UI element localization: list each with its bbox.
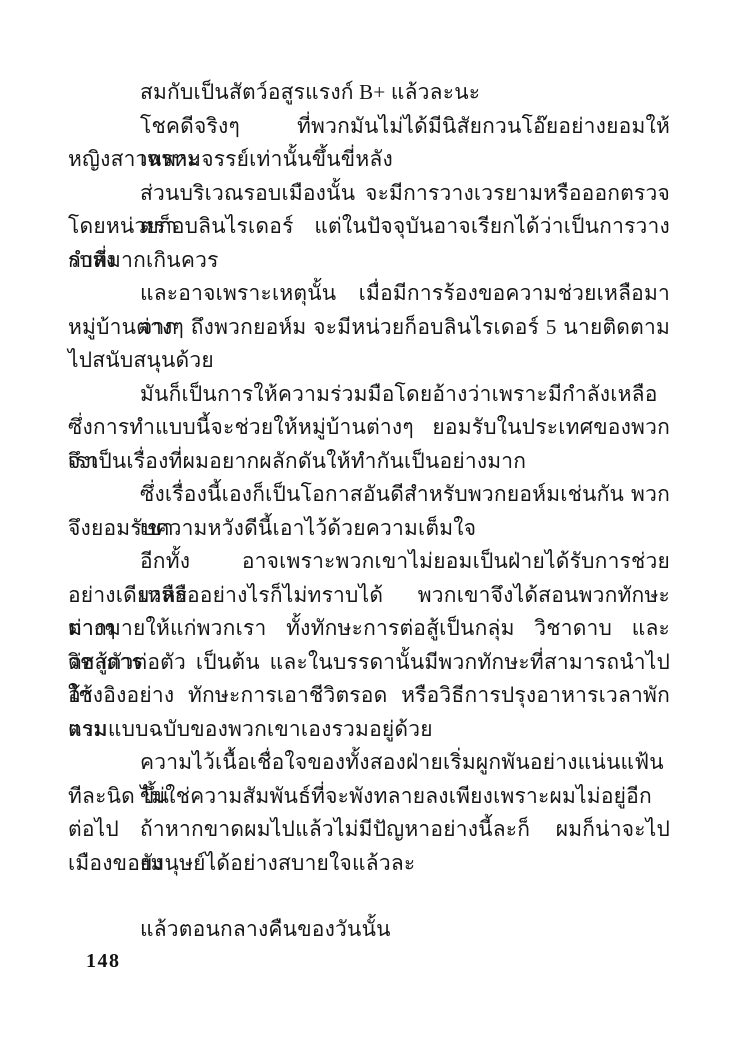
text-line: อ้างอิงอย่าง ทักษะการเอาชีวิตรอด หรือวิธ…: [68, 679, 670, 713]
text-line: โชคดีจริงๆ ที่พวกมันไม่ได้มีนิสัยกวนโอ๊ย…: [68, 110, 670, 144]
text-line: ไปสนับสนุนด้วย: [68, 344, 670, 378]
paragraph: สมกับเป็นสัตว์อสูรแรงก์ B+ แล้วละนะ: [68, 76, 670, 110]
text-line: จึงเป็นเรื่องที่ผมอยากผลักดันให้ทำกันเป็…: [68, 445, 670, 479]
text-line: สมกับเป็นสัตว์อสูรแรงก์ B+ แล้วละนะ: [68, 76, 670, 110]
paragraph: มันก็เป็นการให้ความร่วมมือโดยอ้างว่าเพรา…: [68, 378, 670, 479]
text-line: โดยหน่วยก็อบลินไรเดอร์ แต่ในปัจจุบันอาจเ…: [68, 210, 670, 244]
text-line: แล้วตอนกลางคืนของวันนั้น: [68, 913, 670, 947]
text-line: ตามแบบฉบับของพวกเขาเองรวมอยู่ด้วย: [68, 713, 670, 747]
paragraph: ความไว้เนื้อเชื่อใจของทั้งสองฝ่ายเริ่มผู…: [68, 746, 670, 813]
text-line: มันก็เป็นการให้ความร่วมมือโดยอ้างว่าเพรา…: [68, 378, 670, 412]
text-line: และอาจเพราะเหตุนั้น เมื่อมีการร้องขอความ…: [68, 277, 670, 311]
text-line: ความไว้เนื้อเชื่อใจของทั้งสองฝ่ายเริ่มผู…: [68, 746, 670, 780]
paragraph: อีกทั้ง อาจเพราะพวกเขาไม่ยอมเป็นฝ่ายได้ร…: [68, 545, 670, 746]
text-line: มากมายให้แก่พวกเรา ทั้งทักษะการต่อสู้เป็…: [68, 612, 670, 646]
text-block: สมกับเป็นสัตว์อสูรแรงก์ B+ แล้วละนะโชคดี…: [68, 76, 670, 947]
text-line: ซึ่งเรื่องนี้เองก็เป็นโอกาสอันดีสำหรับพว…: [68, 478, 670, 512]
text-line: ส่วนบริเวณรอบเมืองนั้น จะมีการวางเวรยามห…: [68, 177, 670, 211]
paragraph: โชคดีจริงๆ ที่พวกมันไม่ได้มีนิสัยกวนโอ๊ย…: [68, 110, 670, 177]
text-line: ทีละนิด ไม่ใช่ความสัมพันธ์ที่จะพังทลายลง…: [68, 780, 670, 814]
paragraph: ส่วนบริเวณรอบเมืองนั้น จะมีการวางเวรยามห…: [68, 177, 670, 278]
paragraph: ซึ่งเรื่องนี้เองก็เป็นโอกาสอันดีสำหรับพว…: [68, 478, 670, 545]
text-line: จึงยอมรับความหวังดีนี้เอาไว้ด้วยความเต็ม…: [68, 512, 670, 546]
book-page: สมกับเป็นสัตว์อสูรแรงก์ B+ แล้วละนะโชคดี…: [0, 0, 738, 1051]
paragraph: และอาจเพราะเหตุนั้น เมื่อมีการร้องขอความ…: [68, 277, 670, 378]
text-line: หมู่บ้านต่างๆ ถึงพวกยอห์ม จะมีหน่วยก็อบล…: [68, 311, 670, 345]
text-line: รบที่มากเกินควร: [68, 244, 670, 278]
text-line: อย่างเดียวหรืออย่างไรก็ไม่ทราบได้ พวกเขา…: [68, 579, 670, 613]
text-line: ซึ่งการทำแบบนี้จะช่วยให้หมู่บ้านต่างๆ ยอ…: [68, 411, 670, 445]
text-line: ต่อสู้ตัวต่อตัว เป็นต้น และในบรรดานั้นมี…: [68, 646, 670, 680]
page-number: 148: [86, 950, 121, 973]
text-line: ถ้าหากขาดผมไปแล้วไม่มีปัญหาอย่างนี้ละก็ …: [68, 813, 670, 847]
paragraph: ถ้าหากขาดผมไปแล้วไม่มีปัญหาอย่างนี้ละก็ …: [68, 813, 670, 880]
text-line: หญิงสาวพรหมจรรย์เท่านั้นขึ้นขี่หลัง: [68, 143, 670, 177]
text-line: เมืองของมนุษย์ได้อย่างสบายใจแล้วละ: [68, 847, 670, 881]
paragraph: แล้วตอนกลางคืนของวันนั้น: [68, 913, 670, 947]
text-line: อีกทั้ง อาจเพราะพวกเขาไม่ยอมเป็นฝ่ายได้ร…: [68, 545, 670, 579]
